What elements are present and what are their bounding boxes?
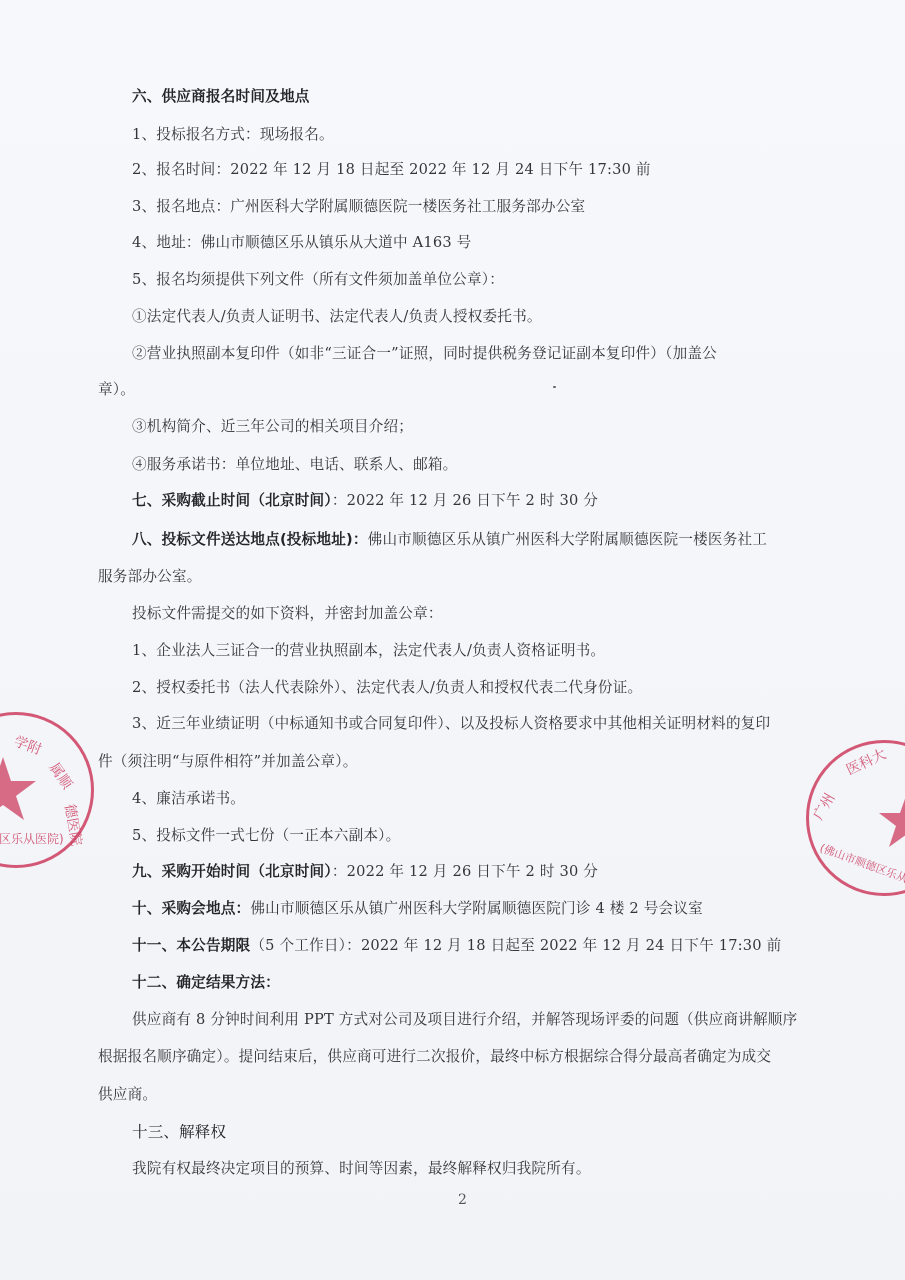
star-icon: 学附 属顺 德医院 区乐从医院) [0, 715, 97, 871]
section-9-label: 九、采购开始时间（北京时间） [132, 863, 332, 880]
submission-item-3-continued: 件（须注明“与原件相符”并加盖公章）。 [98, 752, 358, 772]
section-8-continued: 服务部办公室。 [98, 567, 202, 587]
section-12-body-3: 供应商。 [98, 1085, 157, 1105]
document-page: 六、供应商报名时间及地点 1、投标报名方式：现场报名。 2、报名时间：2022 … [0, 0, 905, 1280]
official-seal-left: 学附 属顺 德医院 区乐从医院) [0, 712, 94, 868]
section-7-value: ：2022 年 12 月 26 日下午 2 时 30 分 [332, 492, 598, 509]
section-6-heading: 六、供应商报名时间及地点 [132, 87, 310, 107]
section-6-item-1: 1、投标报名方式：现场报名。 [132, 125, 334, 145]
section-6-item-5b: ②营业执照副本复印件（如非“三证合一”证照，同时提供税务登记证副本复印件）（加盖… [132, 344, 717, 364]
official-seal-right: 广州 医科大 (佛山市顺德区乐从 [806, 740, 905, 896]
submission-item-1: 1、企业法人三证合一的营业执照副本，法定代表人/负责人资格证明书。 [132, 641, 605, 661]
svg-text:医科大: 医科大 [844, 745, 889, 778]
section-10: 十、采购会地点：佛山市顺德区乐从镇广州医科大学附属顺德医院门诊 4 楼 2 号会… [132, 899, 703, 919]
section-10-label: 十、采购会地点： [132, 900, 250, 917]
section-6-item-5b-continued: 章）。 [98, 380, 135, 400]
section-13-body: 我院有权最终决定项目的预算、时间等因素，最终解释权归我院所有。 [132, 1159, 591, 1179]
section-8-value: 佛山市顺德区乐从镇广州医科大学附属顺德医院一楼医务社工 [368, 531, 767, 548]
svg-text:区乐从医院): 区乐从医院) [0, 832, 64, 846]
section-12-body-1: 供应商有 8 分钟时间利用 PPT 方式对公司及项目进行介绍，并解答现场评委的问… [132, 1010, 797, 1030]
submission-intro: 投标文件需提交的如下资料，并密封加盖公章： [132, 604, 443, 624]
section-10-value: 佛山市顺德区乐从镇广州医科大学附属顺德医院门诊 4 楼 2 号会议室 [250, 900, 703, 917]
section-6-item-5: 5、报名均须提供下列文件（所有文件须加盖单位公章）： [132, 270, 504, 290]
page-number: 2 [458, 1192, 467, 1208]
svg-text:广州: 广州 [811, 791, 839, 823]
section-7-label: 七、采购截止时间（北京时间） [132, 492, 332, 509]
section-11-value: （5 个工作日）：2022 年 12 月 18 日起至 2022 年 12 月 … [250, 937, 781, 954]
star-icon: 广州 医科大 (佛山市顺德区乐从 [809, 743, 905, 899]
submission-item-3: 3、近三年业绩证明（中标通知书或合同复印件）、以及投标人资格要求中其他相关证明材… [132, 714, 770, 734]
section-9-value: ：2022 年 12 月 26 日下午 2 时 30 分 [332, 863, 598, 880]
section-11: 十一、本公告期限（5 个工作日）：2022 年 12 月 18 日起至 2022… [132, 936, 781, 956]
section-12-heading: 十二、确定结果方法： [132, 973, 280, 993]
svg-text:德医院: 德医院 [61, 803, 84, 847]
section-6-item-5d: ④服务承诺书：单位地址、电话、联系人、邮箱。 [132, 455, 457, 475]
section-6-item-2: 2、报名时间：2022 年 12 月 18 日起至 2022 年 12 月 24… [132, 160, 651, 180]
section-12-body-2: 根据报名顺序确定）。提问结束后，供应商可进行二次报价，最终中标方根据综合得分最高… [98, 1047, 771, 1067]
submission-item-4: 4、廉洁承诺书。 [132, 789, 245, 809]
section-7: 七、采购截止时间（北京时间）：2022 年 12 月 26 日下午 2 时 30… [132, 491, 598, 511]
section-13-heading: 十三、解释权 [132, 1122, 226, 1142]
section-9: 九、采购开始时间（北京时间）：2022 年 12 月 26 日下午 2 时 30… [132, 862, 598, 882]
svg-text:属顺: 属顺 [46, 760, 76, 793]
section-6-item-3: 3、报名地点：广州医科大学附属顺德医院一楼医务社工服务部办公室 [132, 197, 585, 217]
submission-item-2: 2、授权委托书（法人代表除外）、法定代表人/负责人和授权代表二代身份证。 [132, 678, 642, 698]
svg-text:学附: 学附 [12, 734, 44, 759]
section-11-label: 十一、本公告期限 [132, 937, 250, 954]
section-6-item-4: 4、地址：佛山市顺德区乐从镇乐从大道中 A163 号 [132, 233, 471, 253]
submission-item-5: 5、投标文件一式七份（一正本六副本）。 [132, 826, 400, 846]
svg-text:(佛山市顺德区乐从: (佛山市顺德区乐从 [818, 841, 905, 886]
section-8-label: 八、投标文件送达地点(投标地址)： [132, 531, 368, 548]
section-6-item-5a: ①法定代表人/负责人证明书、法定代表人/负责人授权委托书。 [132, 307, 542, 327]
section-8: 八、投标文件送达地点(投标地址)：佛山市顺德区乐从镇广州医科大学附属顺德医院一楼… [132, 530, 767, 550]
section-6-item-5c: ③机构简介、近三年公司的相关项目介绍； [132, 417, 413, 437]
scan-speck [553, 386, 556, 388]
